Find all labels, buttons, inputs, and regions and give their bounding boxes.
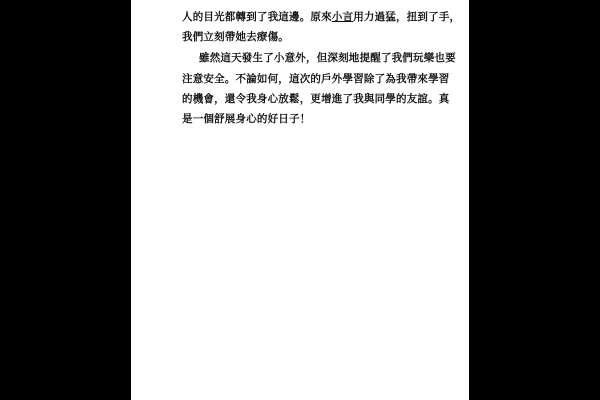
text-segment: 用力過猛，扭到了手， (353, 11, 460, 23)
text-segment: 人的目光都轉到了我這邊。原來 (182, 11, 332, 23)
document-page: 人的目光都轉到了我這邊。原來小言用力過猛，扭到了手， 我們立刻帶她去療傷。 雖然… (131, 0, 469, 400)
underlined-name: 小言 (332, 11, 353, 23)
text-line-1: 人的目光都轉到了我這邊。原來小言用力過猛，扭到了手， (182, 9, 460, 24)
text-line-3: 雖然這天發生了小意外，但深刻地提醒了我們玩樂也要 (199, 50, 456, 65)
text-line-4: 注意安全。不論如何，這次的戶外學習除了為我帶來學習 (182, 71, 450, 86)
text-line-5: 的機會，還令我身心放鬆，更增進了我與同學的友誼。真 (182, 91, 450, 106)
text-line-2: 我們立刻帶她去療傷。 (182, 29, 289, 44)
text-line-6: 是一個舒展身心的好日子！ (182, 111, 310, 126)
